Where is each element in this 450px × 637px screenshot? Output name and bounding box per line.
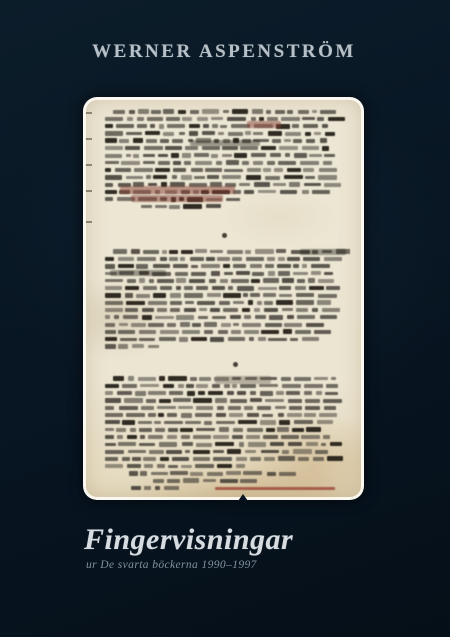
author-name: WERNER ASPENSTRÖM xyxy=(70,41,378,63)
margin-mark xyxy=(86,164,92,166)
book-title: Fingervisningar xyxy=(84,523,293,557)
handwritten-correction xyxy=(215,487,335,490)
margin-mark xyxy=(86,112,92,114)
book-cover: WERNER ASPENSTRÖM Fingervisningar ur De … xyxy=(0,0,450,637)
typewriter-overstrike xyxy=(215,376,271,384)
typewriter-overstrike xyxy=(190,140,260,146)
manuscript-marks xyxy=(83,97,364,500)
margin-mark xyxy=(86,221,92,223)
margin-mark xyxy=(86,190,92,192)
manuscript-photo xyxy=(83,97,364,500)
typewriter-overstrike xyxy=(300,249,346,255)
paper-edge-notch xyxy=(238,494,248,501)
handwritten-correction xyxy=(120,186,235,194)
book-subtitle: ur De svarta böckerna 1990–1997 xyxy=(86,559,257,571)
margin-mark xyxy=(86,138,92,140)
handwritten-correction xyxy=(247,121,281,128)
handwritten-correction xyxy=(131,195,223,202)
typewriter-overstrike xyxy=(110,270,166,276)
